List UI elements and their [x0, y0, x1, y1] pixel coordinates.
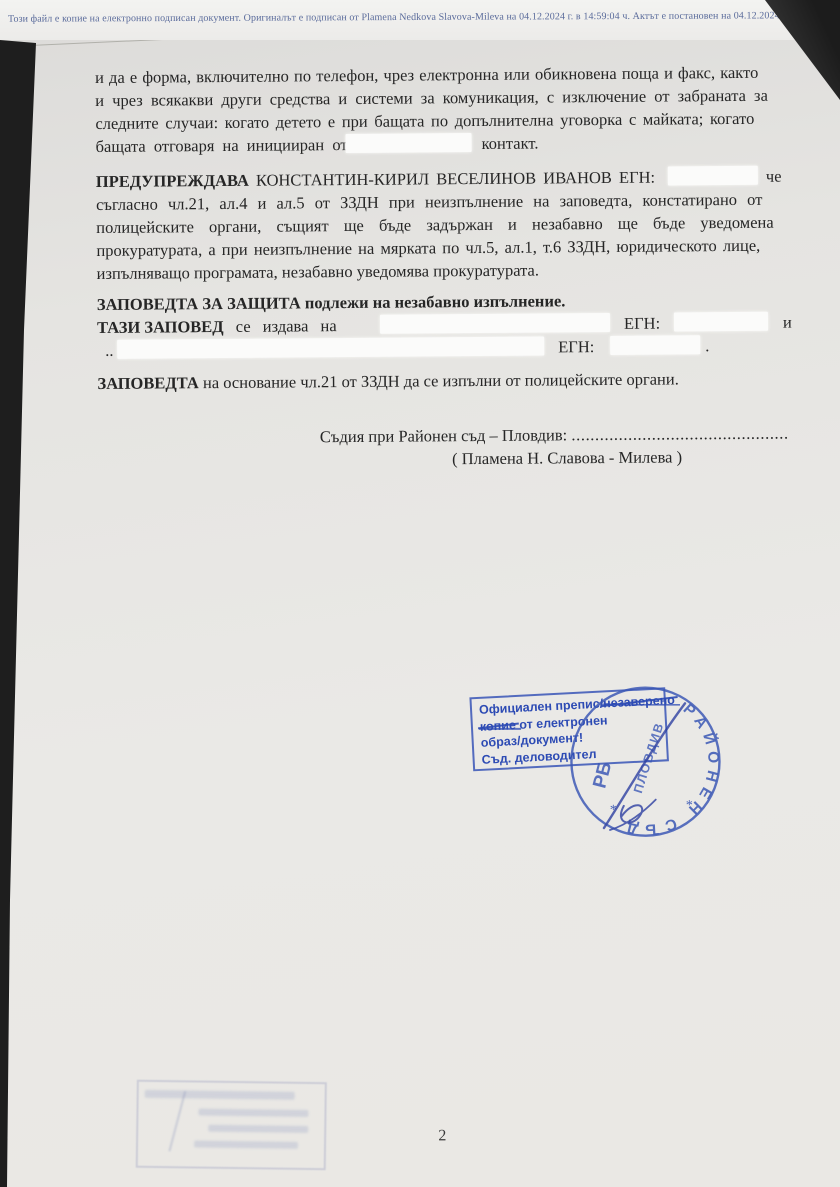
judge-signature-line: Съдия при Районен съд – Пловдив: .......…: [320, 424, 789, 448]
egn-label-1: ЕГН:: [624, 312, 660, 335]
egn-label-2: ЕГН:: [558, 335, 594, 358]
warns-label: ПРЕДУПРЕЖДАВА: [96, 171, 249, 191]
seal-star-right: *: [686, 798, 693, 813]
esign-header-text: Този файл е копие на електронно подписан…: [8, 10, 798, 24]
bleed-through-stamp: [136, 1080, 327, 1170]
bleed-pen-mark: [168, 1091, 186, 1151]
document-body: и да е форма, включително по телефон, чр…: [0, 0, 840, 1187]
period: .: [705, 334, 709, 357]
redaction-box-egn: [668, 166, 758, 186]
signature-dotted-line: ........................................…: [571, 424, 789, 445]
respondent-name: КОНСТАНТИН-КИРИЛ ВЕСЕЛИНОВ ИВАНОВ ЕГН:: [249, 168, 655, 190]
esign-header-band: Този файл е копие на електронно подписан…: [0, 0, 806, 40]
bleed-line: [194, 1140, 298, 1148]
round-court-seal: РАЙОНЕН СЪД РБ ПЛОВДИВ * *: [561, 677, 730, 846]
paragraph-2-line-5: изпълняващо програмата, незабавно уведом…: [97, 257, 787, 285]
stamp-struck-word-2: копие: [480, 717, 517, 735]
paragraph-1-line-4-text: бащата отговаря на иницииран от: [96, 135, 348, 156]
order-issued-to-line-2: .. ЕГН: .: [97, 334, 787, 362]
redaction-box-egn-1: [674, 312, 768, 332]
bleed-line: [145, 1090, 295, 1100]
page-number: 2: [438, 1127, 446, 1145]
redaction-box: [346, 133, 472, 153]
and-word: и: [783, 311, 792, 334]
leading-dots: ..: [105, 339, 113, 362]
bleed-line: [208, 1125, 308, 1133]
seal-rb-text: РБ: [589, 760, 616, 791]
scanned-document-page: Този файл е копие на електронно подписан…: [0, 0, 840, 1187]
judge-name: ( Пламена Н. Славова - Милева ): [452, 447, 682, 469]
paragraph-4-text: на основание чл.21 от ЗЗДН да се изпълни…: [199, 369, 679, 392]
redaction-box-egn-2: [610, 335, 700, 355]
this-order-label: ТАЗИ ЗАПОВЕД: [97, 317, 224, 337]
redaction-box-name-1: [380, 313, 610, 334]
order-label: ЗАПОВЕДТА: [97, 373, 199, 393]
bleed-line: [198, 1109, 308, 1117]
paragraph-4-line: ЗАПОВЕДТА на основание чл.21 от ЗЗДН да …: [97, 367, 787, 395]
issued-to-text: се издава на: [224, 316, 337, 336]
redaction-box-name-2: [117, 336, 544, 358]
judge-title: Съдия при Районен съд – Пловдив:: [320, 425, 567, 446]
paragraph-1-line-4-end: контакт.: [481, 132, 538, 155]
paragraph-2-line-1-end: че: [766, 165, 782, 188]
paragraph-1-line-4: бащата отговаря на иницииран от контакт.: [96, 130, 786, 158]
